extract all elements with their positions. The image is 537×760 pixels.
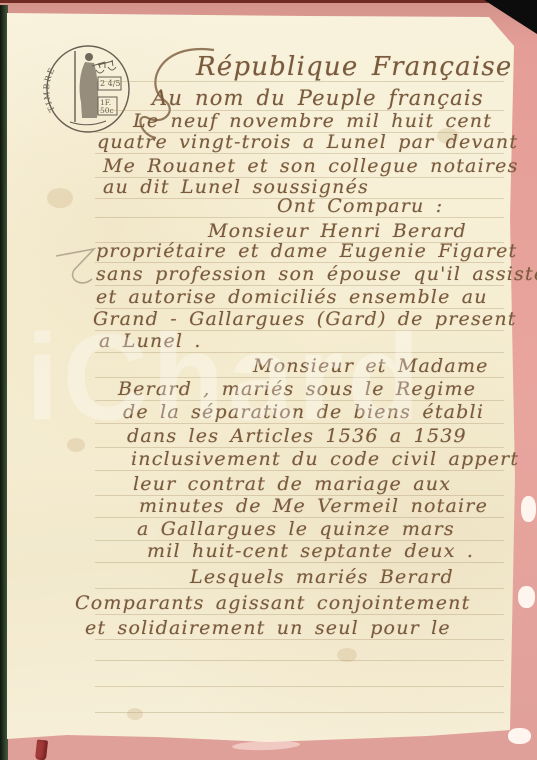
ruled-line	[95, 614, 504, 615]
manuscript-line: a Lunel .	[99, 330, 202, 352]
ruled-line	[95, 470, 504, 471]
manuscript-line: Lesquels mariés Berard	[190, 566, 454, 588]
stamp-timbre-label: TIMBRE	[42, 65, 57, 113]
manuscript-line: mil huit-cent septante deux .	[147, 540, 474, 562]
damage-mark	[521, 496, 536, 522]
manuscript-line: sans profession son épouse qu'il assiste	[96, 263, 537, 285]
ruled-line	[95, 352, 504, 353]
manuscript-line: Grand - Gallargues (Gard) de present	[93, 308, 517, 330]
ruled-line	[95, 588, 504, 589]
age-spot	[67, 438, 85, 452]
manuscript-line: Le neuf novembre mil huit cent	[133, 110, 492, 132]
manuscript-line: et solidairement un seul pour le	[85, 617, 451, 639]
ruled-line	[95, 562, 504, 563]
folder-crease	[232, 740, 300, 751]
ruled-line	[95, 712, 504, 713]
stamp-figure-head	[85, 53, 93, 61]
manuscript-line: quatre vingt-trois a Lunel par devant	[97, 131, 518, 153]
ruled-line	[95, 217, 504, 218]
manuscript-line: Monsieur et Madame	[253, 355, 489, 377]
manuscript-line: Berard , mariés sous le Regime	[118, 378, 476, 400]
manuscript-line: Me Rouanet et son collegue notaires	[103, 155, 519, 177]
ruled-line	[95, 639, 504, 640]
manuscript-line: dans les Articles 1536 a 1539	[127, 425, 467, 447]
seal-ribbon	[35, 739, 48, 760]
ruled-line	[95, 660, 504, 661]
revenue-stamp: TIMBRE 2 4/5 1F. 50c	[42, 42, 134, 136]
manuscript-line: propriétaire et dame Eugenie Figaret	[96, 240, 517, 262]
manuscript-line: minutes de Me Vermeil notaire	[139, 495, 488, 517]
manuscript-line: de la séparation de biens établi	[123, 401, 484, 423]
manuscript-line: République Française	[196, 52, 513, 82]
damage-mark	[518, 586, 535, 608]
ruled-line	[95, 423, 504, 424]
manuscript-line: Ont Comparu :	[277, 195, 443, 217]
manuscript-line: a Gallargues le quinze mars	[137, 518, 455, 540]
scanned-document-scene: TIMBRE 2 4/5 1F. 50c République Français…	[0, 0, 537, 760]
manuscript-line: Au nom du Peuple français	[152, 86, 484, 110]
ruled-line	[95, 686, 504, 687]
ruled-line	[95, 153, 504, 154]
manuscript-line: et autorise domiciliés ensemble au	[96, 286, 488, 308]
book-spine-edge	[0, 5, 8, 760]
manuscript-line: leur contrat de mariage aux	[133, 473, 451, 495]
age-spot	[127, 708, 143, 720]
damage-mark	[508, 728, 531, 744]
manuscript-line: Comparants agissant conjointement	[75, 592, 470, 614]
age-spot	[47, 188, 73, 208]
manuscript-line: Monsieur Henri Berard	[208, 220, 467, 242]
folder-top-edge	[0, 0, 510, 3]
manuscript-line: inclusivement du code civil appert	[131, 448, 519, 470]
